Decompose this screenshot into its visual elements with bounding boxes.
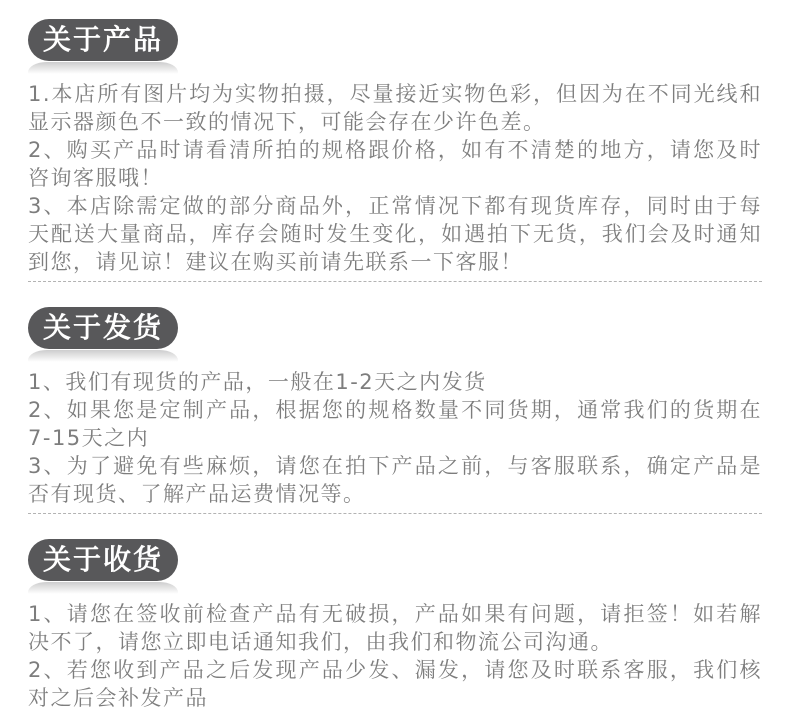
section-about-product: 关于产品 1.本店所有图片均为实物拍摄，尽量接近实物色彩，但因为在不同光线和显示…	[0, 0, 790, 282]
paragraph: 2、若您收到产品之后发现产品少发、漏发，请您及时联系客服，我们核对之后会补发产品	[28, 656, 762, 712]
section-body: 1.本店所有图片均为实物拍摄，尽量接近实物色彩，但因为在不同光线和显示器颜色不一…	[28, 80, 762, 276]
paragraph: 3、为了避免有些麻烦，请您在拍下产品之前，与客服联系，确定产品是否有现货、了解产…	[28, 452, 762, 508]
paragraph: 1.本店所有图片均为实物拍摄，尽量接近实物色彩，但因为在不同光线和显示器颜色不一…	[28, 80, 762, 136]
section-title-badge: 关于发货	[28, 307, 178, 364]
paragraph: 1、请您在签收前检查产品有无破损，产品如果有问题，请拒签！如若解决不了，请您立即…	[28, 600, 762, 656]
paragraph: 1、我们有现货的产品，一般在1-2天之内发货	[28, 368, 762, 396]
section-title: 关于收货	[28, 539, 178, 581]
paragraph: 3、本店除需定做的部分商品外，正常情况下都有现货库存，同时由于每天配送大量商品，…	[28, 192, 762, 276]
section-divider	[28, 513, 762, 514]
section-title: 关于发货	[28, 307, 178, 349]
paragraph: 2、购买产品时请看清所拍的规格跟价格，如有不清楚的地方，请您及时咨询客服哦！	[28, 136, 762, 192]
product-info-page: 关于产品 1.本店所有图片均为实物拍摄，尽量接近实物色彩，但因为在不同光线和显示…	[0, 0, 790, 716]
badge-reflection	[28, 62, 178, 76]
section-body: 1、请您在签收前检查产品有无破损，产品如果有问题，请拒签！如若解决不了，请您立即…	[28, 600, 762, 712]
badge-reflection	[28, 582, 178, 596]
section-title-badge: 关于收货	[28, 539, 178, 596]
section-title: 关于产品	[28, 19, 178, 61]
paragraph: 2、如果您是定制产品，根据您的规格数量不同货期，通常我们的货期在7-15天之内	[28, 396, 762, 452]
section-title-badge: 关于产品	[28, 19, 178, 76]
section-about-shipping: 关于发货 1、我们有现货的产品，一般在1-2天之内发货 2、如果您是定制产品，根…	[0, 290, 790, 514]
section-about-receiving: 关于收货 1、请您在签收前检查产品有无破损，产品如果有问题，请拒签！如若解决不了…	[0, 522, 790, 716]
section-body: 1、我们有现货的产品，一般在1-2天之内发货 2、如果您是定制产品，根据您的规格…	[28, 368, 762, 508]
section-divider	[28, 281, 762, 282]
badge-reflection	[28, 350, 178, 364]
